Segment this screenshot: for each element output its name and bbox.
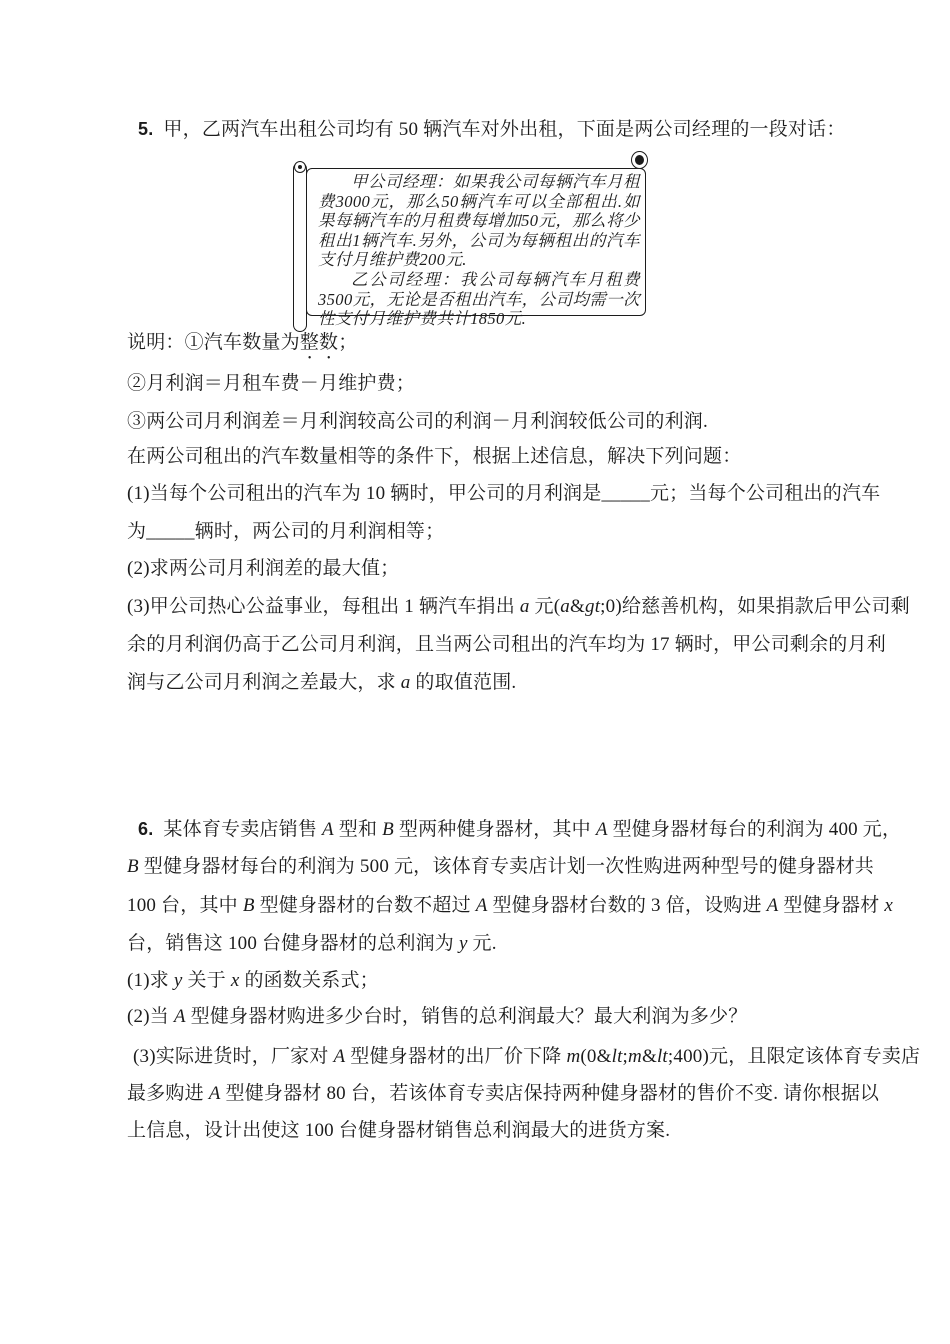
scroll-curl-top-right-icon	[631, 151, 648, 169]
note-1-prefix: 说明：①汽车数量为	[127, 332, 300, 353]
answer-space-problem-5	[127, 700, 847, 810]
problem-6-question-2: (2)当 A 型健身器材购进多少台时，销售的总利润最大？最大利润为多少？	[127, 1005, 747, 1029]
answer-space-problem-6	[127, 1150, 847, 1330]
problem-6-intro-line-1: 某体育专卖店销售 A 型和 B 型两种健身器材，其中 A 型健身器材每台的利润为…	[163, 819, 901, 840]
dialogue-text: 甲公司经理：如果我公司每辆汽车月租费3000元，那么50辆汽车可以全部租出.如果…	[318, 172, 640, 329]
problem-5-note-2: ②月利润＝月租车费－月维护费；	[127, 372, 415, 396]
worksheet-page: 5.甲，乙两汽车出租公司均有 50 辆汽车对外出租，下面是两公司经理的一段对话：…	[0, 0, 950, 1344]
scroll-roll-left	[293, 162, 307, 332]
dialogue-manager-jia: 甲公司经理：如果我公司每辆汽车月租费3000元，那么50辆汽车可以全部租出.如果…	[318, 172, 640, 270]
note-1-suffix: ；	[338, 332, 357, 353]
problem-5-intro: 甲，乙两汽车出租公司均有 50 辆汽车对外出租，下面是两公司经理的一段对话：	[163, 119, 845, 140]
problem-6-heading: 6.某体育专卖店销售 A 型和 B 型两种健身器材，其中 A 型健身器材每台的利…	[138, 818, 901, 842]
problem-6-question-3-line-3: 上信息，设计出使这 100 台健身器材销售总利润最大的进货方案.	[127, 1119, 670, 1143]
problem-5-question-3-line-3: 润与乙公司月利润之差最大，求 a 的取值范围.	[127, 671, 516, 695]
problem-5-number: 5.	[138, 119, 153, 139]
problem-6-intro-line-3: 100 台，其中 B 型健身器材的台数不超过 A 型健身器材台数的 3 倍，设购…	[127, 894, 893, 918]
problem-6-question-3-line-1: (3)实际进货时，厂家对 A 型健身器材的出厂价下降 m(0&lt;m&lt;4…	[133, 1045, 920, 1069]
problem-5-question-3-line-1: (3)甲公司热心公益事业，每租出 1 辆汽车捐出 a 元(a&gt;0)给慈善机…	[127, 595, 910, 619]
problem-5-condition: 在两公司租出的汽车数量相等的条件下，根据上述信息，解决下列问题：	[127, 445, 741, 469]
problem-5-heading: 5.甲，乙两汽车出租公司均有 50 辆汽车对外出租，下面是两公司经理的一段对话：	[138, 118, 846, 142]
problem-5-question-1-line-1: (1)当每个公司租出的汽车为 10 辆时，甲公司的月利润是_____元；当每个公…	[127, 482, 880, 506]
problem-5-note-3: ③两公司月利润差＝月利润较高公司的利润－月利润较低公司的利润.	[127, 410, 708, 434]
note-1-emphasized-word: 整数	[300, 332, 338, 353]
problem-5-question-1-line-2: 为_____辆时，两公司的月利润相等；	[127, 520, 444, 544]
problem-6-question-1: (1)求 y 关于 x 的函数关系式；	[127, 969, 379, 993]
problem-6-intro-line-4: 台，销售这 100 台健身器材的总利润为 y 元.	[127, 932, 497, 956]
problem-5-question-3-line-2: 余的月利润仍高于乙公司月利润，且当两公司租出的汽车均为 17 辆时，甲公司剩余的…	[127, 633, 886, 657]
scroll-curl-top-left-icon	[294, 161, 306, 173]
problem-6-question-3-line-2: 最多购进 A 型健身器材 80 台，若该体育专卖店保持两种健身器材的售价不变. …	[127, 1082, 879, 1106]
problem-5-question-2: (2)求两公司月利润差的最大值；	[127, 557, 399, 581]
dialogue-manager-yi: 乙公司经理：我公司每辆汽车月租费3500元，无论是否租出汽车，公司均需一次性支付…	[318, 270, 640, 329]
problem-6-number: 6.	[138, 819, 153, 839]
problem-5-note-1: 说明：①汽车数量为整数；	[127, 331, 357, 364]
problem-6-intro-line-2: B 型健身器材每台的利润为 500 元，该体育专卖店计划一次性购进两种型号的健身…	[127, 855, 874, 879]
